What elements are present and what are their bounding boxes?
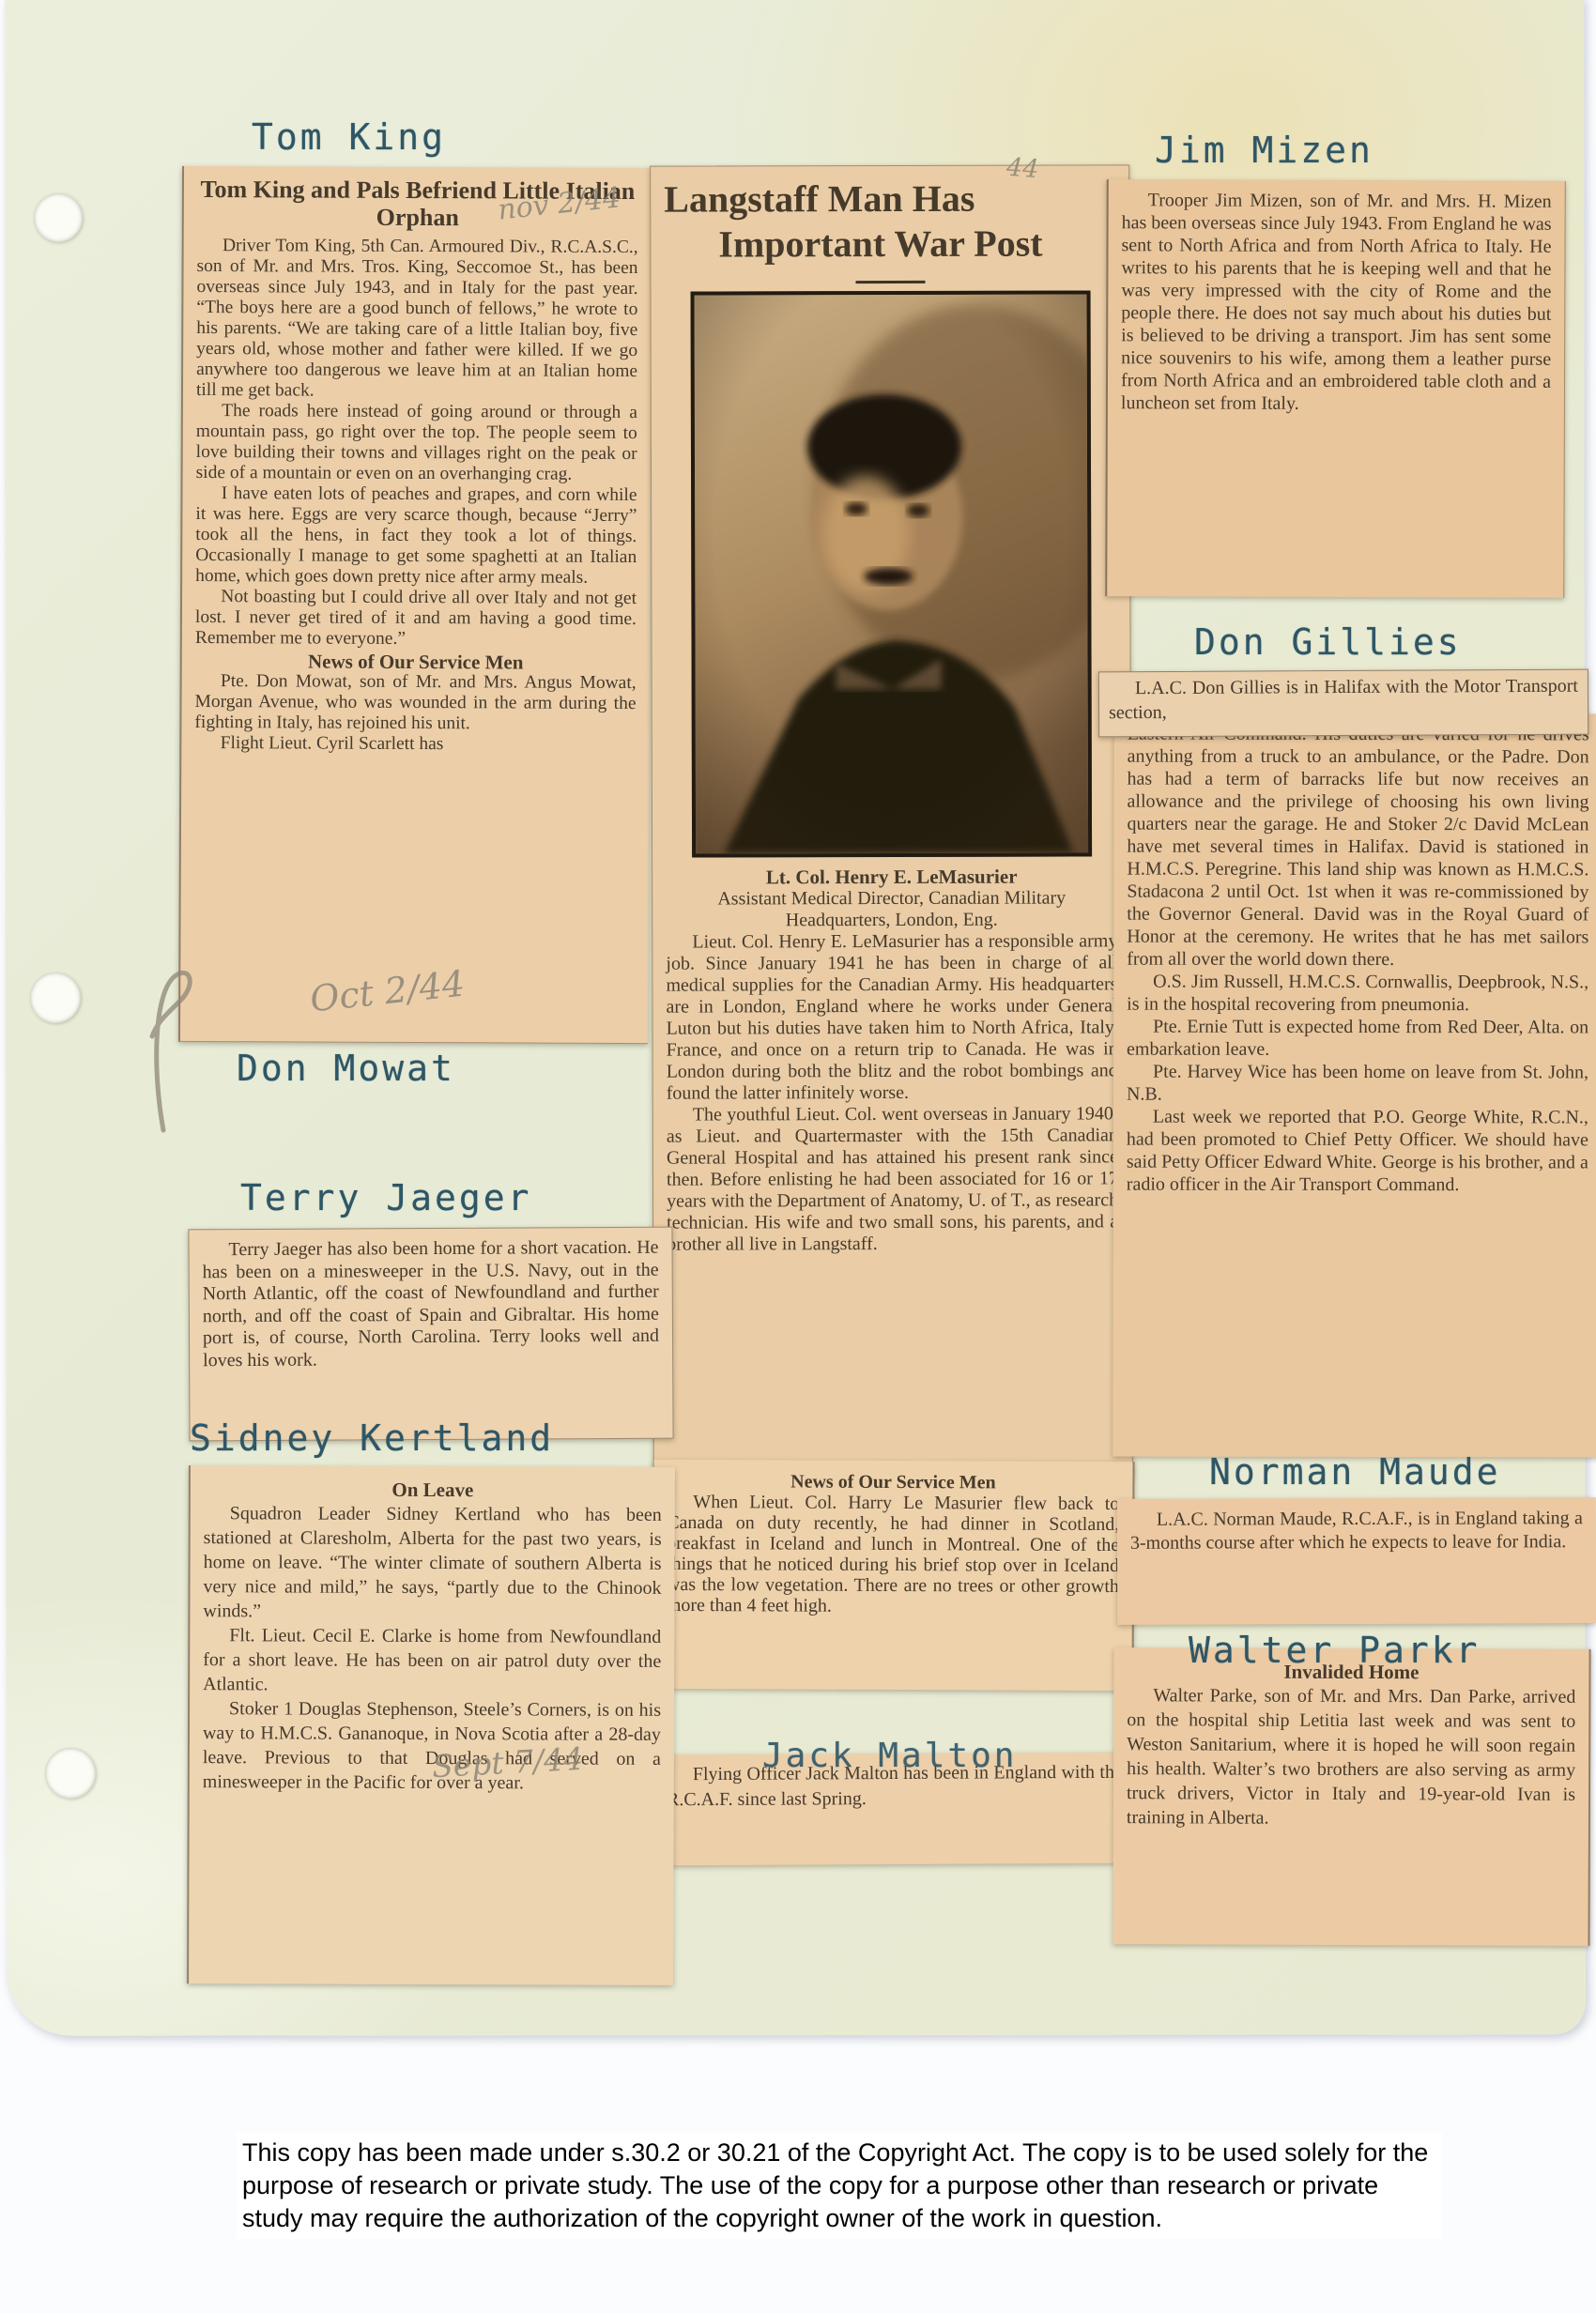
paragraph: Last week we reported that P.O. George W… <box>1127 1106 1588 1197</box>
clipping-headline: Langstaff Man Has <box>664 176 1115 221</box>
clipping-walter-parke: Invalided Home Walter Parke, son of Mr. … <box>1113 1647 1590 1946</box>
paragraph: Pte. Don Mowat, son of Mr. and Mrs. Angu… <box>194 671 636 735</box>
clipping-subhead: News of Our Service Men <box>195 651 637 673</box>
punch-hole <box>34 193 83 242</box>
clipping-jim-mizen: Trooper Jim Mizen, son of Mr. and Mrs. H… <box>1105 179 1566 598</box>
paragraph: Pte. Harvey Wice has been home on leave … <box>1127 1061 1588 1107</box>
paragraph: Eastern Air Command. His duties are vari… <box>1127 723 1588 972</box>
photo-caption-name: Lt. Col. Henry E. LeMasurier <box>666 865 1117 888</box>
typed-label-sidney-kertland: Sidney Kertland <box>190 1417 554 1459</box>
paragraph: The youthful Lieut. Col. went overseas i… <box>667 1103 1118 1255</box>
punch-hole <box>30 973 81 1023</box>
paragraph: Flt. Lieut. Cecil E. Clarke is home from… <box>203 1623 661 1698</box>
headline-divider <box>855 281 925 283</box>
clipping-don-gillies-lead: L.A.C. Don Gillies is in Halifax with th… <box>1098 669 1588 738</box>
punch-hole <box>45 1748 96 1799</box>
portrait-photo <box>690 290 1092 857</box>
clipping-norman-maude: L.A.C. Norman Maude, R.C.A.F., is in Eng… <box>1117 1497 1596 1625</box>
paragraph: L.A.C. Don Gillies is in Halifax with th… <box>1109 674 1578 726</box>
clipping-don-gillies-main: Eastern Air Command. His duties are vari… <box>1113 713 1596 1458</box>
paragraph: Flight Lieut. Cyril Scarlett has <box>194 733 636 756</box>
clipping-subhead: On Leave <box>204 1477 662 1503</box>
paragraph: The roads here instead of going around o… <box>196 401 637 485</box>
paragraph: Terry Jaeger has also been home for a sh… <box>202 1237 659 1372</box>
clipping-news-of-our-service-men: News of Our Service Men When Lieut. Col.… <box>652 1460 1134 1691</box>
paragraph: Pte. Ernie Tutt is expected home from Re… <box>1127 1016 1588 1062</box>
paragraph: Driver Tom King, 5th Can. Armoured Div.,… <box>196 236 638 403</box>
typed-label-walter-parkr: Walter Parkr <box>1189 1630 1481 1671</box>
clipping-sidney-kertland: On Leave Squadron Leader Sidney Kertland… <box>187 1465 675 1985</box>
typed-label-terry-jaeger: Terry Jaeger <box>240 1177 532 1218</box>
typed-label-norman-maude: Norman Maude <box>1209 1451 1501 1493</box>
typed-label-jim-mizen: Jim Mizen <box>1155 130 1373 171</box>
clipping-tom-king: Tom King and Pals Befriend Little Italia… <box>178 166 652 1044</box>
clipping-langstaff-man: Langstaff Man Has Important War Post <box>650 164 1133 1478</box>
paragraph: L.A.C. Norman Maude, R.C.A.F., is in Eng… <box>1130 1507 1583 1555</box>
copyright-notice: This copy has been made under s.30.2 or … <box>237 2133 1442 2239</box>
paragraph: I have eaten lots of peaches and grapes,… <box>195 483 637 589</box>
paragraph: Squadron Leader Sidney Kertland who has … <box>203 1501 661 1625</box>
typed-label-don-mowat: Don Mowat <box>237 1048 455 1089</box>
paragraph: Not boasting but I could drive all over … <box>195 587 637 651</box>
scanned-scrapbook-page: Tom King Don Mowat Terry Jaeger Sidney K… <box>0 0 1596 2313</box>
paragraph: O.S. Jim Russell, H.M.C.S. Cornwallis, D… <box>1127 971 1588 1017</box>
clipping-terry-jaeger: Terry Jaeger has also been home for a sh… <box>188 1227 673 1442</box>
clipping-headline: Important War Post <box>664 222 1115 266</box>
pencil-mark <box>120 956 210 1143</box>
paragraph: Walter Parke, son of Mr. and Mrs. Dan Pa… <box>1127 1683 1576 1831</box>
pencil-annotation-date: 44 <box>1005 153 1039 184</box>
typed-label-jack-malton: Jack Malton <box>762 1737 1017 1775</box>
clipping-subhead: News of Our Service Men <box>667 1471 1119 1493</box>
typed-label-tom-king: Tom King <box>252 116 446 158</box>
photo-caption-role: Assistant Medical Director, Canadian Mil… <box>666 887 1117 931</box>
paragraph: Trooper Jim Mizen, son of Mr. and Mrs. H… <box>1121 189 1552 416</box>
typed-label-don-gillies: Don Gillies <box>1194 621 1462 663</box>
paragraph: When Lieut. Col. Harry Le Masurier flew … <box>667 1492 1120 1617</box>
paragraph: Lieut. Col. Henry E. LeMasurier has a re… <box>666 930 1117 1104</box>
